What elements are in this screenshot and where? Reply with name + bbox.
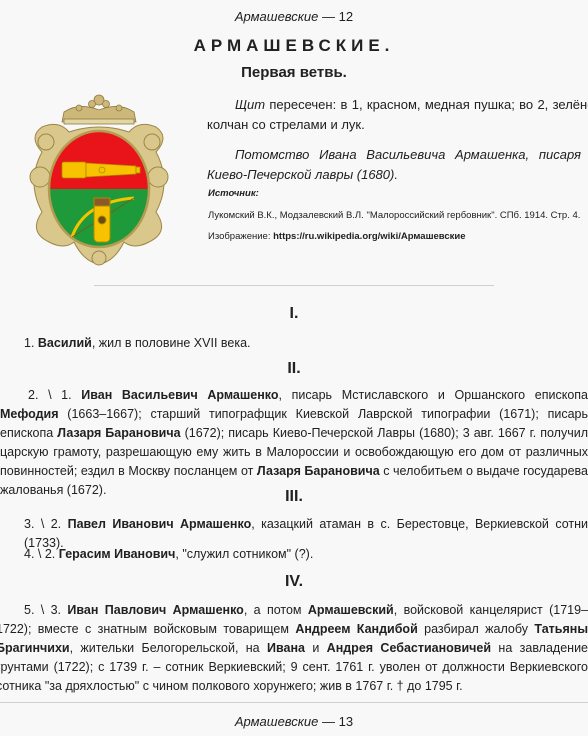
entry-1: 1. Василий, жил в половине XVII века. [24,334,584,353]
section-heading-2: II. [0,360,588,378]
blazon-rest: пересечен: в 1, красном, медная пушка; в… [207,97,588,132]
entry-text: 4. \ 2. [24,547,59,561]
source-block: Источник: Лукомский В.К., Модзалевский В… [208,186,588,244]
page-header: Армашевские — 12 [0,9,588,24]
branch-subtitle: Первая ветвь. [0,64,588,81]
footer-family: Армашевские [235,714,319,729]
section-heading-1: I. [0,305,588,323]
top-divider [94,285,494,286]
person-name: Павел Иванович Армашенко [68,517,252,531]
coat-description: Щит пересечен: в 1, красном, медная пушк… [207,95,588,195]
person-name: Андреем Кандибой [295,622,417,636]
footer-separator: — [318,714,338,729]
bottom-divider [0,702,588,703]
person-name: Ивана [267,641,305,655]
person-name: Иван Павлович Армашенко [67,603,243,617]
entry-text: 2. \ 1. [28,388,81,402]
person-name: Герасим Иванович [59,547,176,561]
lineage-text: Потомство Ивана Васильевича Армашенка, п… [207,145,581,185]
person-name: Иван Васильевич Армашенко [81,388,278,402]
image-source-link[interactable]: https://ru.wikipedia.org/wiki/Армашевски… [273,231,465,242]
page-title: АРМАШЕВСКИЕ. [0,36,588,56]
blazon-text: Щит пересечен: в 1, красном, медная пушк… [207,95,588,135]
section-heading-4: IV. [0,573,588,591]
page-footer: Армашевские — 13 [0,714,588,729]
entry-text: , писарь Мстиславского и Оршанского епис… [279,388,588,402]
person-name: Василий [38,336,92,350]
entry-text: , а потом [244,603,308,617]
person-name: Андрея Себастиановичей [327,641,491,655]
entry-text: , жительки Белогорельской, на [70,641,267,655]
header-page-number: 12 [339,9,353,24]
entry-text: и [305,641,327,655]
coat-of-arms-icon [24,92,174,272]
entry-text: 1. [24,336,38,350]
section-heading-3: III. [0,488,588,506]
header-separator: — [318,9,338,24]
person-name: Мефодия [0,407,59,421]
blazon-lead: Щит [235,97,265,112]
entry-2: 2. \ 1. Иван Васильевич Армашенко, писар… [0,386,588,500]
entry-4: 4. \ 2. Герасим Иванович, "служил сотник… [24,545,588,564]
image-source-label: Изображение: [208,231,273,242]
source-label: Источник: [208,186,588,201]
image-source: Изображение: https://ru.wikipedia.org/wi… [208,229,588,244]
entry-5: 5. \ 3. Иван Павлович Армашенко, а потом… [0,601,588,696]
entry-text: , "служил сотником" (?). [175,547,313,561]
entry-text: разбирал жалобу [418,622,535,636]
person-name: Лазаря Барановича [57,426,180,440]
footer-page-number: 13 [339,714,353,729]
entry-text: 5. \ 3. [24,603,67,617]
header-family: Армашевские [235,9,319,24]
source-reference: Лукомский В.К., Модзалевский В.Л. "Малор… [208,208,588,223]
person-name: Лазаря Барановича [257,464,380,478]
entry-text: , жил в половине XVII века. [92,336,251,350]
person-name: Армашевский [308,603,394,617]
entry-text: 3. \ 2. [24,517,68,531]
